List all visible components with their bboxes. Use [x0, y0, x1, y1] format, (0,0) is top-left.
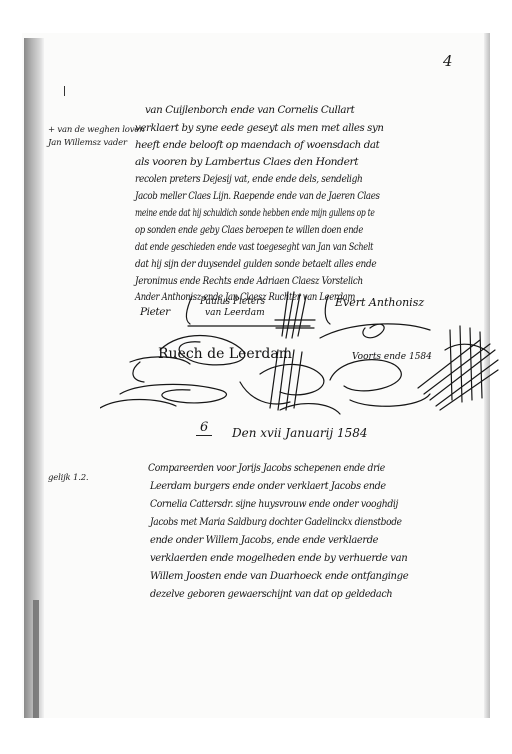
margin-tick-mark — [64, 86, 65, 96]
binding-stain — [33, 600, 39, 718]
text-line: dat hij sijn der duysendel gulden sonde … — [135, 258, 376, 270]
text-line: Cornelia Cattersdr. sijne huysvrouw ende… — [150, 498, 398, 510]
entry-date: Den xvii Januarij 1584 — [232, 426, 368, 440]
text-line: recolen preters Dejesij vat, ende ende d… — [135, 173, 362, 185]
text-line: dat ende geschieden ende vast toegeseght… — [135, 241, 373, 253]
text-line: dezelve geboren gewaerschijnt van dat op… — [150, 588, 392, 600]
text-line: ende onder Willem Jacobs, ende ende verk… — [150, 534, 378, 546]
signature-evert: Evert Anthonisz — [335, 296, 424, 309]
text-line: Jacob meller Claes Lijn. Raepende ende v… — [135, 190, 380, 202]
margin-note-entry-2: gelijk 1.2. — [48, 472, 88, 485]
signature-paulus: Paulus Pieters — [200, 296, 265, 307]
text-line: Compareerden voor Jorijs Jacobs schepene… — [148, 462, 385, 474]
text-line: Jeronimus ende Rechts ende Adriaen Claes… — [135, 275, 363, 287]
text-line: Jacobs met Maria Saldburg dochter Gadeli… — [150, 516, 402, 528]
text-line: meine ende dat hij schuldich sonde hebbe… — [135, 207, 375, 219]
text-line: op sonden ende geby Claes beroepen te wi… — [135, 224, 363, 236]
margin-note-line: + van de weghen loven — [48, 124, 144, 137]
text-line: verklaert by syne eede geseyt als men me… — [135, 122, 384, 134]
margin-note-entry-1: + van de weghen loven Jan Willemsz vader — [48, 124, 144, 150]
signature-voorts: Voorts ende 1584 — [352, 352, 432, 362]
entry-number: 6 — [196, 420, 212, 436]
text-line: heeft ende belooft op maendach of woensd… — [135, 139, 379, 151]
text-line: verklaerden ende mogelheden ende by verh… — [150, 552, 407, 564]
margin-note-line: Jan Willemsz vader — [48, 137, 144, 150]
text-line: Willem Joosten ende van Duarhoeck ende o… — [150, 570, 408, 582]
signature-ruech: Ruech de Leerdam — [158, 346, 292, 362]
signature-paulus-sub: van Leerdam — [205, 308, 265, 318]
text-line: als vooren by Lambertus Claes den Honder… — [135, 156, 358, 168]
page-number: 4 — [443, 52, 453, 70]
text-line: van Cuijlenborch ende van Cornelis Culla… — [145, 104, 354, 116]
text-line: Leerdam burgers ende onder verklaert Jac… — [150, 480, 386, 492]
